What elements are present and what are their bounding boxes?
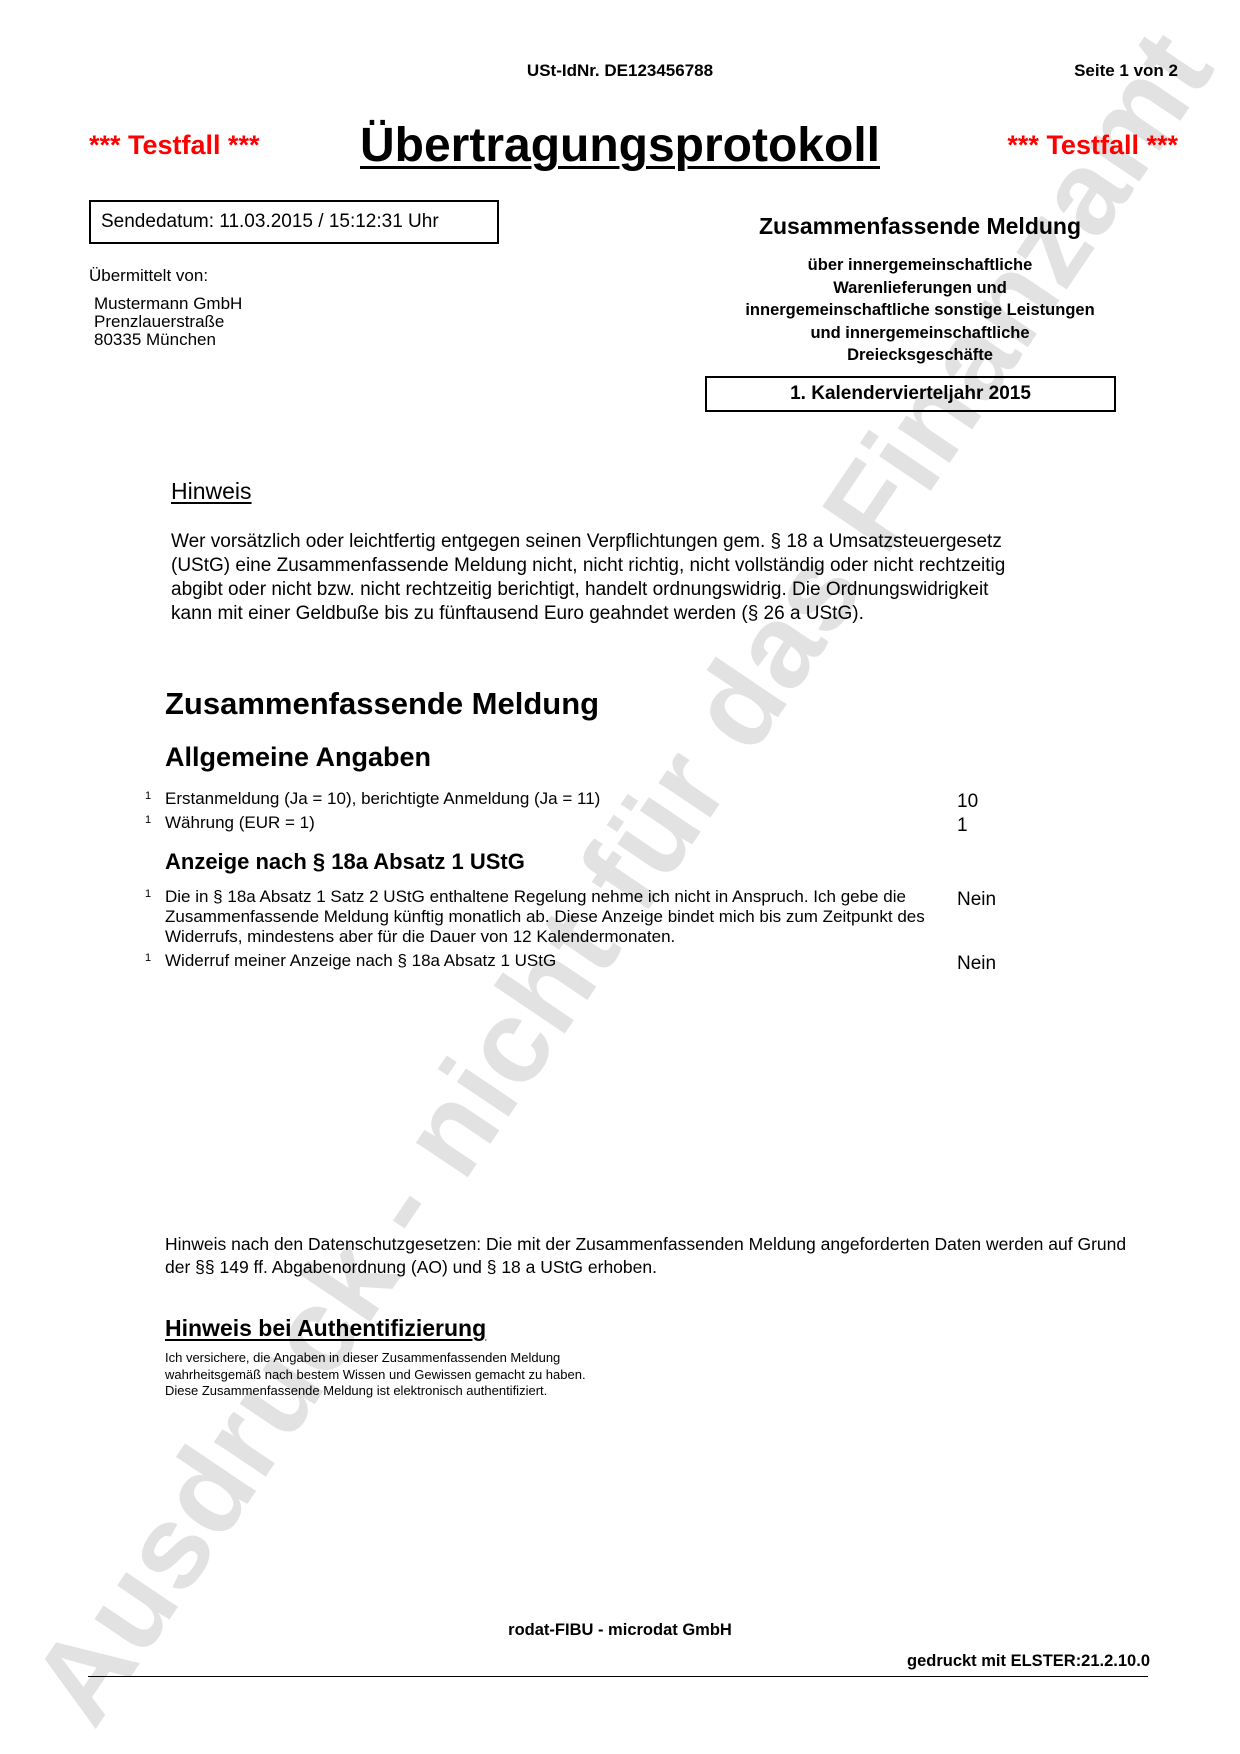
footnote-marker: 1 [145,948,151,968]
report-subtitle: über innergemeinschaftliche Warenlieferu… [705,254,1135,367]
uebermittelt-label: Übermittelt von: [89,266,208,286]
sender-address: Mustermann GmbH Prenzlauerstraße 80335 M… [94,295,242,349]
ust-id-number: USt-IdNr. DE123456788 [0,61,1240,81]
address-line: Prenzlauerstraße [94,313,242,331]
field-value: 10 [957,792,978,812]
footer-printed-with: gedruckt mit ELSTER:21.2.10.0 [907,1652,1150,1671]
main-heading: Zusammenfassende Meldung [165,686,599,722]
period-box: 1. Kalendervierteljahr 2015 [705,376,1116,412]
footnote-marker: 1 [145,810,151,830]
footer-divider [88,1676,1148,1677]
section-heading-allgemeine-angaben: Allgemeine Angaben [165,742,431,773]
auth-line: wahrheitsgemäß nach bestem Wissen und Ge… [165,1367,586,1384]
subtitle-line: und innergemeinschaftliche [705,322,1135,345]
authentifizierung-text: Ich versichere, die Angaben in dieser Zu… [165,1350,586,1400]
field-label: Währung (EUR = 1) [165,813,940,833]
sendedatum-box: Sendedatum: 11.03.2015 / 15:12:31 Uhr [89,200,499,244]
field-label: Erstanmeldung (Ja = 10), berichtigte Anm… [165,789,940,809]
subtitle-line: innergemeinschaftliche sonstige Leistung… [705,299,1135,322]
subtitle-line: Dreiecksgeschäfte [705,344,1135,367]
footnote-marker: 1 [145,786,151,806]
hinweis-heading: Hinweis [171,478,252,505]
page-indicator: Seite 1 von 2 [1074,61,1178,81]
section-heading-anzeige: Anzeige nach § 18a Absatz 1 UStG [165,849,525,875]
footer-software: rodat-FIBU - microdat GmbH [0,1621,1240,1640]
field-label: Widerruf meiner Anzeige nach § 18a Absat… [165,951,940,971]
auth-line: Ich versichere, die Angaben in dieser Zu… [165,1350,586,1367]
field-value: Nein [957,890,996,910]
address-line: 80335 München [94,331,242,349]
field-value: 1 [957,816,968,836]
field-value: Nein [957,954,996,974]
footnote-marker: 1 [145,884,151,904]
subtitle-line: über innergemeinschaftliche [705,254,1135,277]
authentifizierung-heading: Hinweis bei Authentifizierung [165,1315,486,1342]
testfall-label-right: *** Testfall *** [1007,130,1178,161]
hinweis-text: Wer vorsätzlich oder leichtfertig entgeg… [171,530,1011,626]
report-title: Zusammenfassende Meldung [705,213,1135,240]
auth-line: Diese Zusammenfassende Meldung ist elekt… [165,1383,586,1400]
address-line: Mustermann GmbH [94,295,242,313]
field-label: Die in § 18a Absatz 1 Satz 2 UStG enthal… [165,887,940,947]
subtitle-line: Warenlieferungen und [705,277,1135,300]
datenschutz-hinweis: Hinweis nach den Datenschutzgesetzen: Di… [165,1233,1145,1279]
